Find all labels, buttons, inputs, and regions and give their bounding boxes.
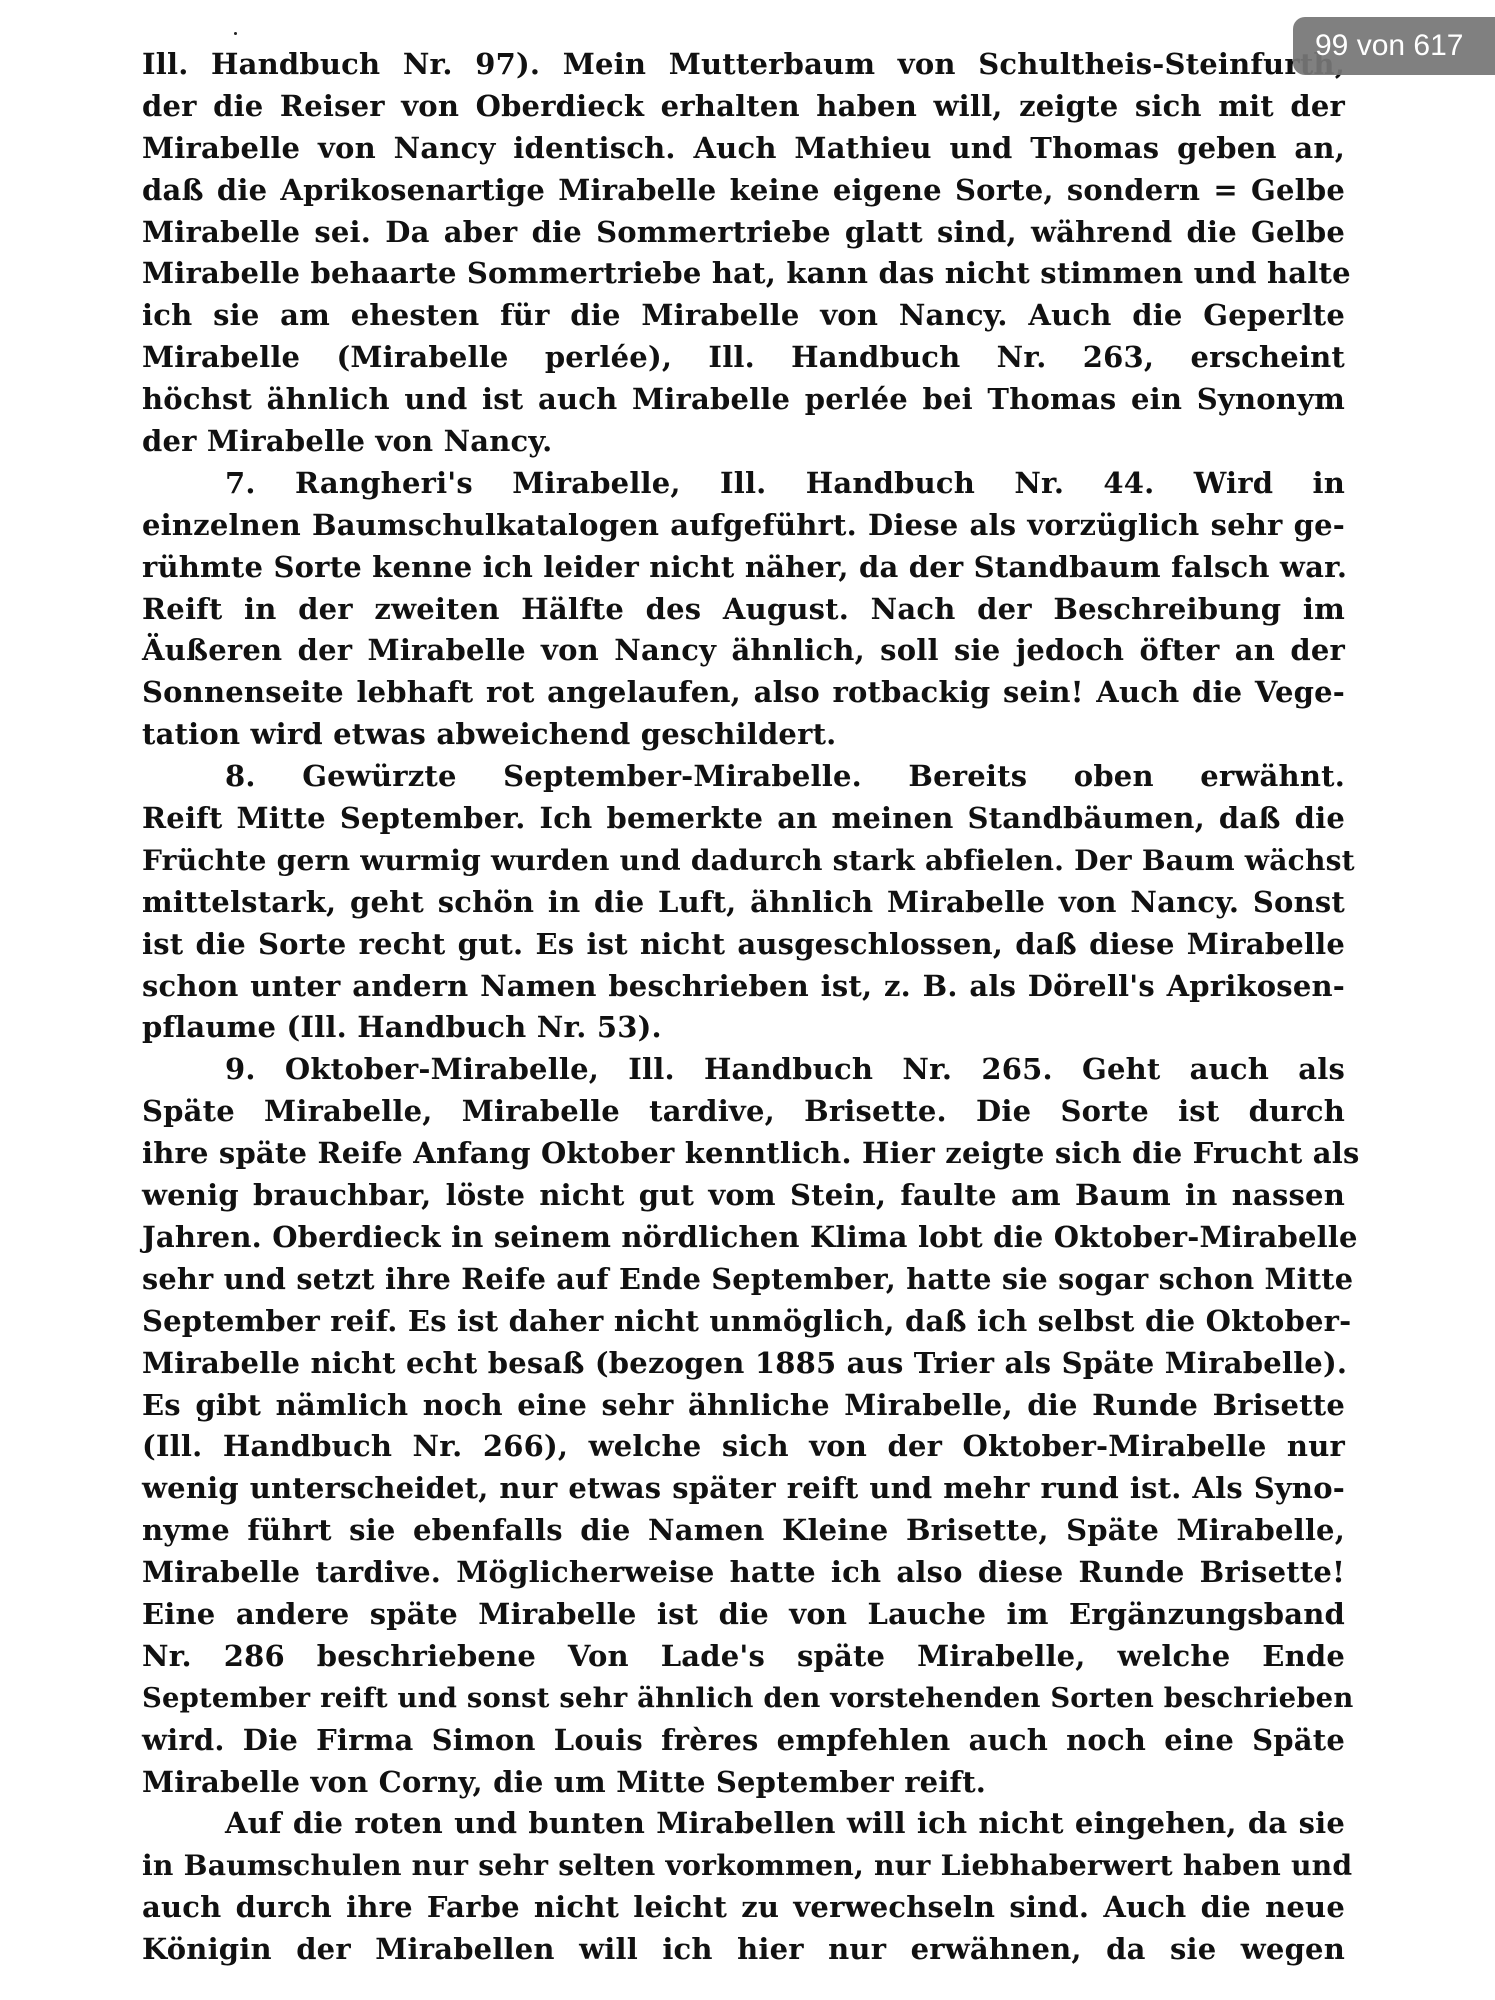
text-line: Späte Mirabelle, Mirabelle tardive, Bris…: [142, 1091, 1345, 1133]
text-line: wird. Die Firma Simon Louis frères empfe…: [142, 1720, 1345, 1762]
text-line: Ill. Handbuch Nr. 97). Mein Mutterbaum v…: [142, 44, 1345, 86]
text-line: der die Reiser von Oberdieck erhalten ha…: [142, 86, 1345, 128]
text-line: wenig unterscheidet, nur etwas später re…: [142, 1468, 1345, 1510]
text-line: der Mirabelle von Nancy.: [142, 421, 1345, 463]
text-line: höchst ähnlich und ist auch Mirabelle pe…: [142, 379, 1345, 421]
text-line: wenig brauchbar, löste nicht gut vom Ste…: [142, 1175, 1345, 1217]
text-line: Mirabelle von Nancy identisch. Auch Math…: [142, 128, 1345, 170]
text-line: Mirabelle von Corny, die um Mitte Septem…: [142, 1762, 1345, 1804]
text-line: Reift Mitte September. Ich bemerkte an m…: [142, 798, 1345, 840]
text-line: ich sie am ehesten für die Mirabelle von…: [142, 295, 1345, 337]
text-line: in Baumschulen nur sehr selten vorkommen…: [142, 1845, 1345, 1887]
text-line: tation wird etwas abweichend geschildert…: [142, 714, 1345, 756]
text-line: Jahren. Oberdieck in seinem nördlichen K…: [142, 1217, 1345, 1259]
text-line: mittelstark, geht schön in die Luft, ähn…: [142, 882, 1345, 924]
paragraph-first-line: 7. Rangheri's Mirabelle, Ill. Handbuch N…: [142, 463, 1345, 505]
text-line: einzelnen Baumschulkatalogen aufgeführt.…: [142, 505, 1345, 547]
text-line: Königin der Mirabellen will ich hier nur…: [142, 1929, 1345, 1971]
text-line: (Ill. Handbuch Nr. 266), welche sich von…: [142, 1426, 1345, 1468]
paragraph-first-line: 8. Gewürzte September-Mirabelle. Bereits…: [142, 756, 1345, 798]
page-indicator-badge: 99 von 617: [1293, 17, 1495, 75]
text-line: Sonnenseite lebhaft rot angelaufen, also…: [142, 672, 1345, 714]
paragraph-first-line: Auf die roten und bunten Mirabellen will…: [142, 1803, 1345, 1845]
text-line: Äußeren der Mirabelle von Nancy ähnlich,…: [142, 630, 1345, 672]
text-line: ihre späte Reife Anfang Oktober kenntlic…: [142, 1133, 1345, 1175]
text-line: rühmte Sorte kenne ich leider nicht nähe…: [142, 547, 1345, 589]
text-line: Reift in der zweiten Hälfte des August. …: [142, 589, 1345, 631]
text-line: Mirabelle tardive. Möglicherweise hatte …: [142, 1552, 1345, 1594]
text-line: Mirabelle (Mirabelle perlée), Ill. Handb…: [142, 337, 1345, 379]
text-line: daß die Aprikosenartige Mirabelle keine …: [142, 170, 1345, 212]
text-line: schon unter andern Namen beschrieben ist…: [142, 966, 1345, 1008]
text-line: sehr und setzt ihre Reife auf Ende Septe…: [142, 1259, 1345, 1301]
text-line: Mirabelle nicht echt besaß (bezogen 1885…: [142, 1343, 1345, 1385]
text-line: Mirabelle behaarte Sommertriebe hat, kan…: [142, 253, 1345, 295]
text-line: Es gibt nämlich noch eine sehr ähnliche …: [142, 1385, 1345, 1427]
text-line: September reif. Es ist daher nicht unmög…: [142, 1301, 1345, 1343]
page-indicator-label: 99 von 617: [1315, 29, 1463, 62]
text-line: auch durch ihre Farbe nicht leicht zu ve…: [142, 1887, 1345, 1929]
scan-speck: [234, 32, 237, 35]
paragraph-first-line: 9. Oktober-Mirabelle, Ill. Handbuch Nr. …: [142, 1049, 1345, 1091]
text-line: Früchte gern wurmig wurden und dadurch s…: [142, 840, 1345, 882]
text-line: Mirabelle sei. Da aber die Sommertriebe …: [142, 212, 1345, 254]
text-line: Eine andere späte Mirabelle ist die von …: [142, 1594, 1345, 1636]
text-line: September reift und sonst sehr ähnlich d…: [142, 1678, 1345, 1720]
document-page-text: Ill. Handbuch Nr. 97). Mein Mutterbaum v…: [142, 44, 1345, 1971]
text-line: ist die Sorte recht gut. Es ist nicht au…: [142, 924, 1345, 966]
text-line: nyme führt sie ebenfalls die Namen Klein…: [142, 1510, 1345, 1552]
text-line: Nr. 286 beschriebene Von Lade's späte Mi…: [142, 1636, 1345, 1678]
text-line: pflaume (Ill. Handbuch Nr. 53).: [142, 1007, 1345, 1049]
